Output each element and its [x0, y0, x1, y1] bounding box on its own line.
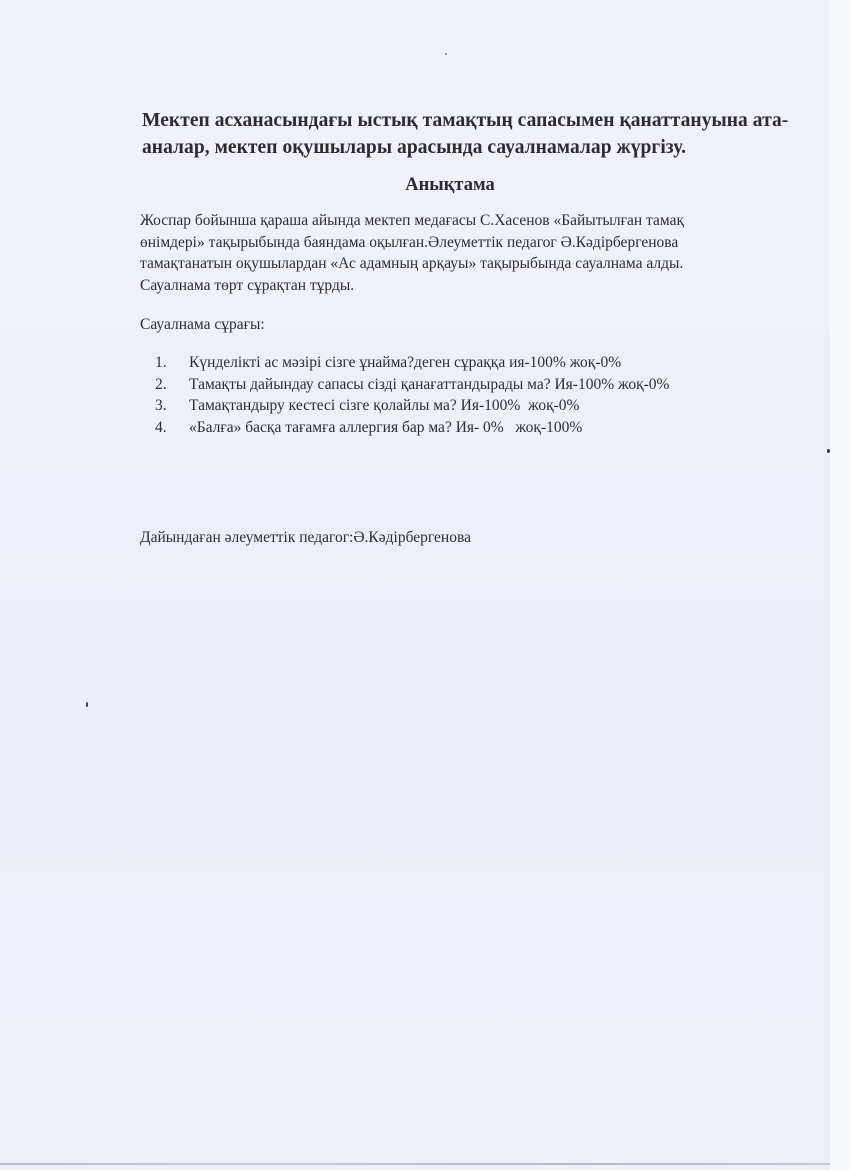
paragraph-line: Сауалнама төрт сұрақтан тұрды. [140, 275, 800, 297]
survey-question: 2. Тамақты дайындау сапасы сізді қанағат… [155, 374, 669, 396]
survey-question-list: 1. Күнделікті ас мәзірі сізге ұнайма?дег… [155, 352, 669, 438]
survey-label: Сауалнама сұрағы: [140, 316, 265, 334]
question-text: Тамақтандыру кестесі сізге қолайлы ма? И… [189, 395, 579, 417]
question-text: Тамақты дайындау сапасы сізді қанағаттан… [189, 374, 669, 396]
intro-paragraph: Жоспар бойынша қараша айында мектеп меда… [140, 210, 800, 296]
survey-question: 3. Тамақтандыру кестесі сізге қолайлы ма… [155, 395, 669, 417]
title-line: аналар, мектеп оқушылары арасында сауалн… [142, 134, 832, 161]
paragraph-line: өнімдері» тақырыбында баяндама оқылған.Ә… [140, 232, 800, 254]
question-number: 2. [155, 374, 189, 396]
survey-question: 4. «Балға» басқа тағамға аллергия бар ма… [155, 417, 669, 439]
question-text: «Балға» басқа тағамға аллергия бар ма? И… [189, 417, 582, 439]
survey-question: 1. Күнделікті ас мәзірі сізге ұнайма?дег… [155, 352, 669, 374]
scan-edge-bottom [0, 1163, 830, 1165]
scan-speck [445, 53, 447, 55]
question-number: 4. [155, 417, 189, 439]
document-title: Мектеп асханасындағы ыстық тамақтың сапа… [142, 107, 832, 161]
question-number: 3. [155, 395, 189, 417]
paragraph-line: тамақтанатын оқушылардан «Ас адамның арқ… [140, 253, 800, 275]
title-line: Мектеп асханасындағы ыстық тамақтың сапа… [142, 107, 832, 134]
signature-line: Дайындаған әлеуметтік педагог:Ә.Кәдірбер… [140, 529, 471, 547]
scan-speck [827, 449, 830, 453]
question-text: Күнделікті ас мәзірі сізге ұнайма?деген … [189, 352, 621, 374]
paragraph-line: Жоспар бойынша қараша айында мектеп меда… [140, 210, 800, 232]
question-number: 1. [155, 352, 189, 374]
scan-speck [86, 702, 88, 707]
document-subtitle: Анықтама [0, 175, 850, 196]
